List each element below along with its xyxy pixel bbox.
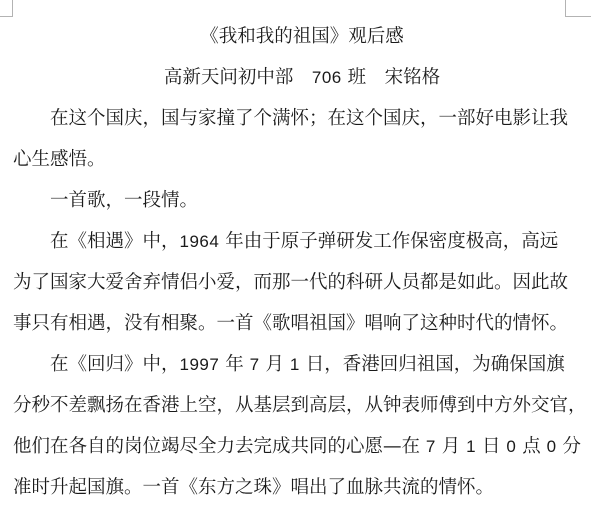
number-text: 0 <box>506 437 516 456</box>
paragraph: 在《相遇》中，1964 年由于原子弹研发工作保密度极高，高远为了国家大爱舍弃情侣… <box>13 221 591 344</box>
paragraph: 一首歌，一段情。 <box>13 180 591 221</box>
number-text: 1997 <box>180 355 220 374</box>
document-title: 《我和我的祖国》观后感 <box>13 16 591 57</box>
number-text: 7 <box>426 437 436 456</box>
text-line: 分秒不差飘扬在香港上空，从基层到高层，从钟表师傅到中方外交官， <box>13 385 591 426</box>
number-text: 1964 <box>180 232 220 251</box>
document-page: 《我和我的祖国》观后感 高新天问初中部 706 班 宋铭格 在这个国庆，国与家撞… <box>0 0 604 509</box>
text-line: 事只有相遇，没有相聚。一首《歌唱祖国》唱响了这种时代的情怀。 <box>13 303 591 344</box>
text-line: 在这个国庆，国与家撞了个满怀；在这个国庆，一部好电影让我 <box>13 98 591 139</box>
text-line: 准时升起国旗。一首《东方之珠》唱出了血脉共流的情怀。 <box>13 467 591 508</box>
text-boundary-mark-top-left <box>0 0 13 17</box>
text-line: 心生感悟。 <box>13 139 591 180</box>
paragraph: 在《回归》中，1997 年 7 月 1 日，香港回归祖国，为确保国旗分秒不差飘扬… <box>13 344 591 508</box>
text-line: 一首歌，一段情。 <box>13 180 591 221</box>
text-line: 在《回归》中，1997 年 7 月 1 日，香港回归祖国，为确保国旗 <box>13 344 591 385</box>
number-text: 1 <box>290 355 300 374</box>
number-text: 0 <box>547 437 557 456</box>
number-text: 1 <box>466 437 476 456</box>
document-body: 在这个国庆，国与家撞了个满怀；在这个国庆，一部好电影让我心生感悟。一首歌，一段情… <box>13 98 591 508</box>
document-content: 《我和我的祖国》观后感 高新天问初中部 706 班 宋铭格 在这个国庆，国与家撞… <box>13 16 591 508</box>
document-byline: 高新天问初中部 706 班 宋铭格 <box>13 57 591 98</box>
text-line: 为了国家大爱舍弃情侣小爱，而那一代的科研人员都是如此。因此故 <box>13 262 591 303</box>
number-text: 706 <box>312 68 342 87</box>
text-boundary-mark-top-right <box>565 0 591 17</box>
text-line: 他们在各自的岗位竭尽全力去完成共同的心愿—在 7 月 1 日 0 点 0 分 <box>13 426 591 467</box>
number-text: 7 <box>250 355 260 374</box>
text-line: 在《相遇》中，1964 年由于原子弹研发工作保密度极高，高远 <box>13 221 591 262</box>
paragraph: 在这个国庆，国与家撞了个满怀；在这个国庆，一部好电影让我心生感悟。 <box>13 98 591 180</box>
